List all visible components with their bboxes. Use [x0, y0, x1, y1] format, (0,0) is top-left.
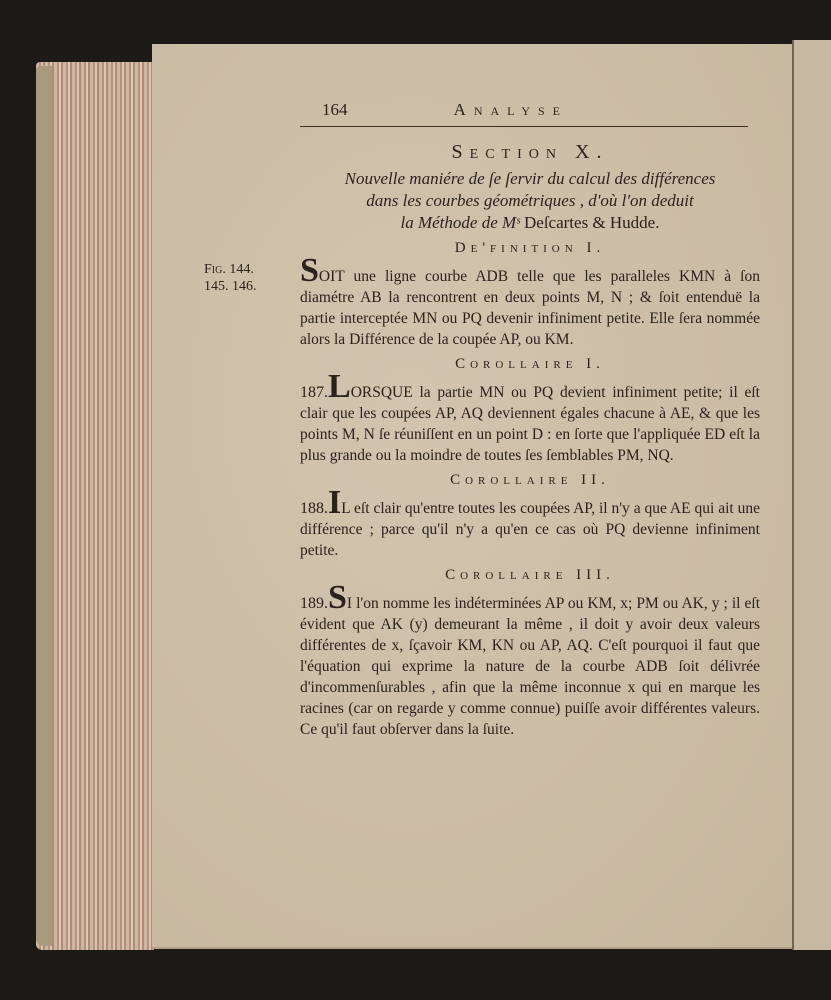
corollary-2-heading: Corollaire II. [300, 472, 760, 489]
corollary-2-paragraph: 188.IL eſt clair qu'entre toutes les cou… [300, 493, 760, 561]
page-content: 164 Analyse Section X. Nouvelle maniére … [300, 100, 760, 740]
subtitle-line-3-roman: Deſcartes & Hudde. [524, 213, 659, 232]
subtitle-line-3-italic: la Méthode de Mˢ [401, 213, 520, 232]
corollary-3-heading: Corollaire III. [300, 567, 760, 584]
section-title: Section X. [300, 141, 760, 164]
corollary-3-paragraph: 189.SI l'on nomme les indéterminées AP o… [300, 588, 760, 740]
definition-paragraph: Fig. 144. 145. 146. SOIT une ligne courb… [300, 261, 760, 350]
section-subtitle: Nouvelle maniére de ſe ſervir du calcul … [300, 168, 760, 234]
definition-text: OIT une ligne courbe ADB telle que les p… [300, 268, 760, 348]
figure-reference: Fig. 144. 145. 146. [204, 261, 296, 295]
corollary-1-paragraph: 187.LORSQUE la partie MN ou PQ devient i… [300, 377, 760, 466]
subtitle-line-2: dans les courbes géométriques , d'où l'o… [300, 190, 760, 212]
subtitle-line-3: la Méthode de Mˢ Deſcartes & Hudde. [300, 212, 760, 234]
drop-cap: S [328, 579, 347, 616]
paragraph-number: 189. [300, 595, 328, 612]
corollary-2-text: L eſt clair qu'entre toutes les coupées … [300, 500, 760, 559]
book-cover-edge [36, 66, 52, 946]
drop-cap: L [328, 368, 351, 405]
figure-reference-line-1: Fig. 144. [204, 261, 296, 278]
drop-cap: I [328, 484, 341, 521]
corollary-1-heading: Corollaire I. [300, 356, 760, 373]
facing-page-edge [792, 40, 831, 950]
running-head-title: Analyse [454, 100, 568, 120]
subtitle-line-1: Nouvelle maniére de ſe ſervir du calcul … [300, 168, 760, 190]
corollary-1-text: ORSQUE la partie MN ou PQ devient infini… [300, 384, 760, 464]
definition-heading: De'finition I. [300, 240, 760, 257]
page-number: 164 [322, 100, 348, 120]
figure-reference-line-2: 145. 146. [204, 278, 296, 295]
running-head: 164 Analyse [300, 100, 748, 127]
page-edges-stack [36, 62, 154, 950]
paragraph-number: 188. [300, 500, 328, 517]
corollary-3-text: I l'on nomme les indéterminées AP ou KM,… [300, 595, 760, 738]
paragraph-number: 187. [300, 384, 328, 401]
drop-cap: S [300, 252, 319, 289]
